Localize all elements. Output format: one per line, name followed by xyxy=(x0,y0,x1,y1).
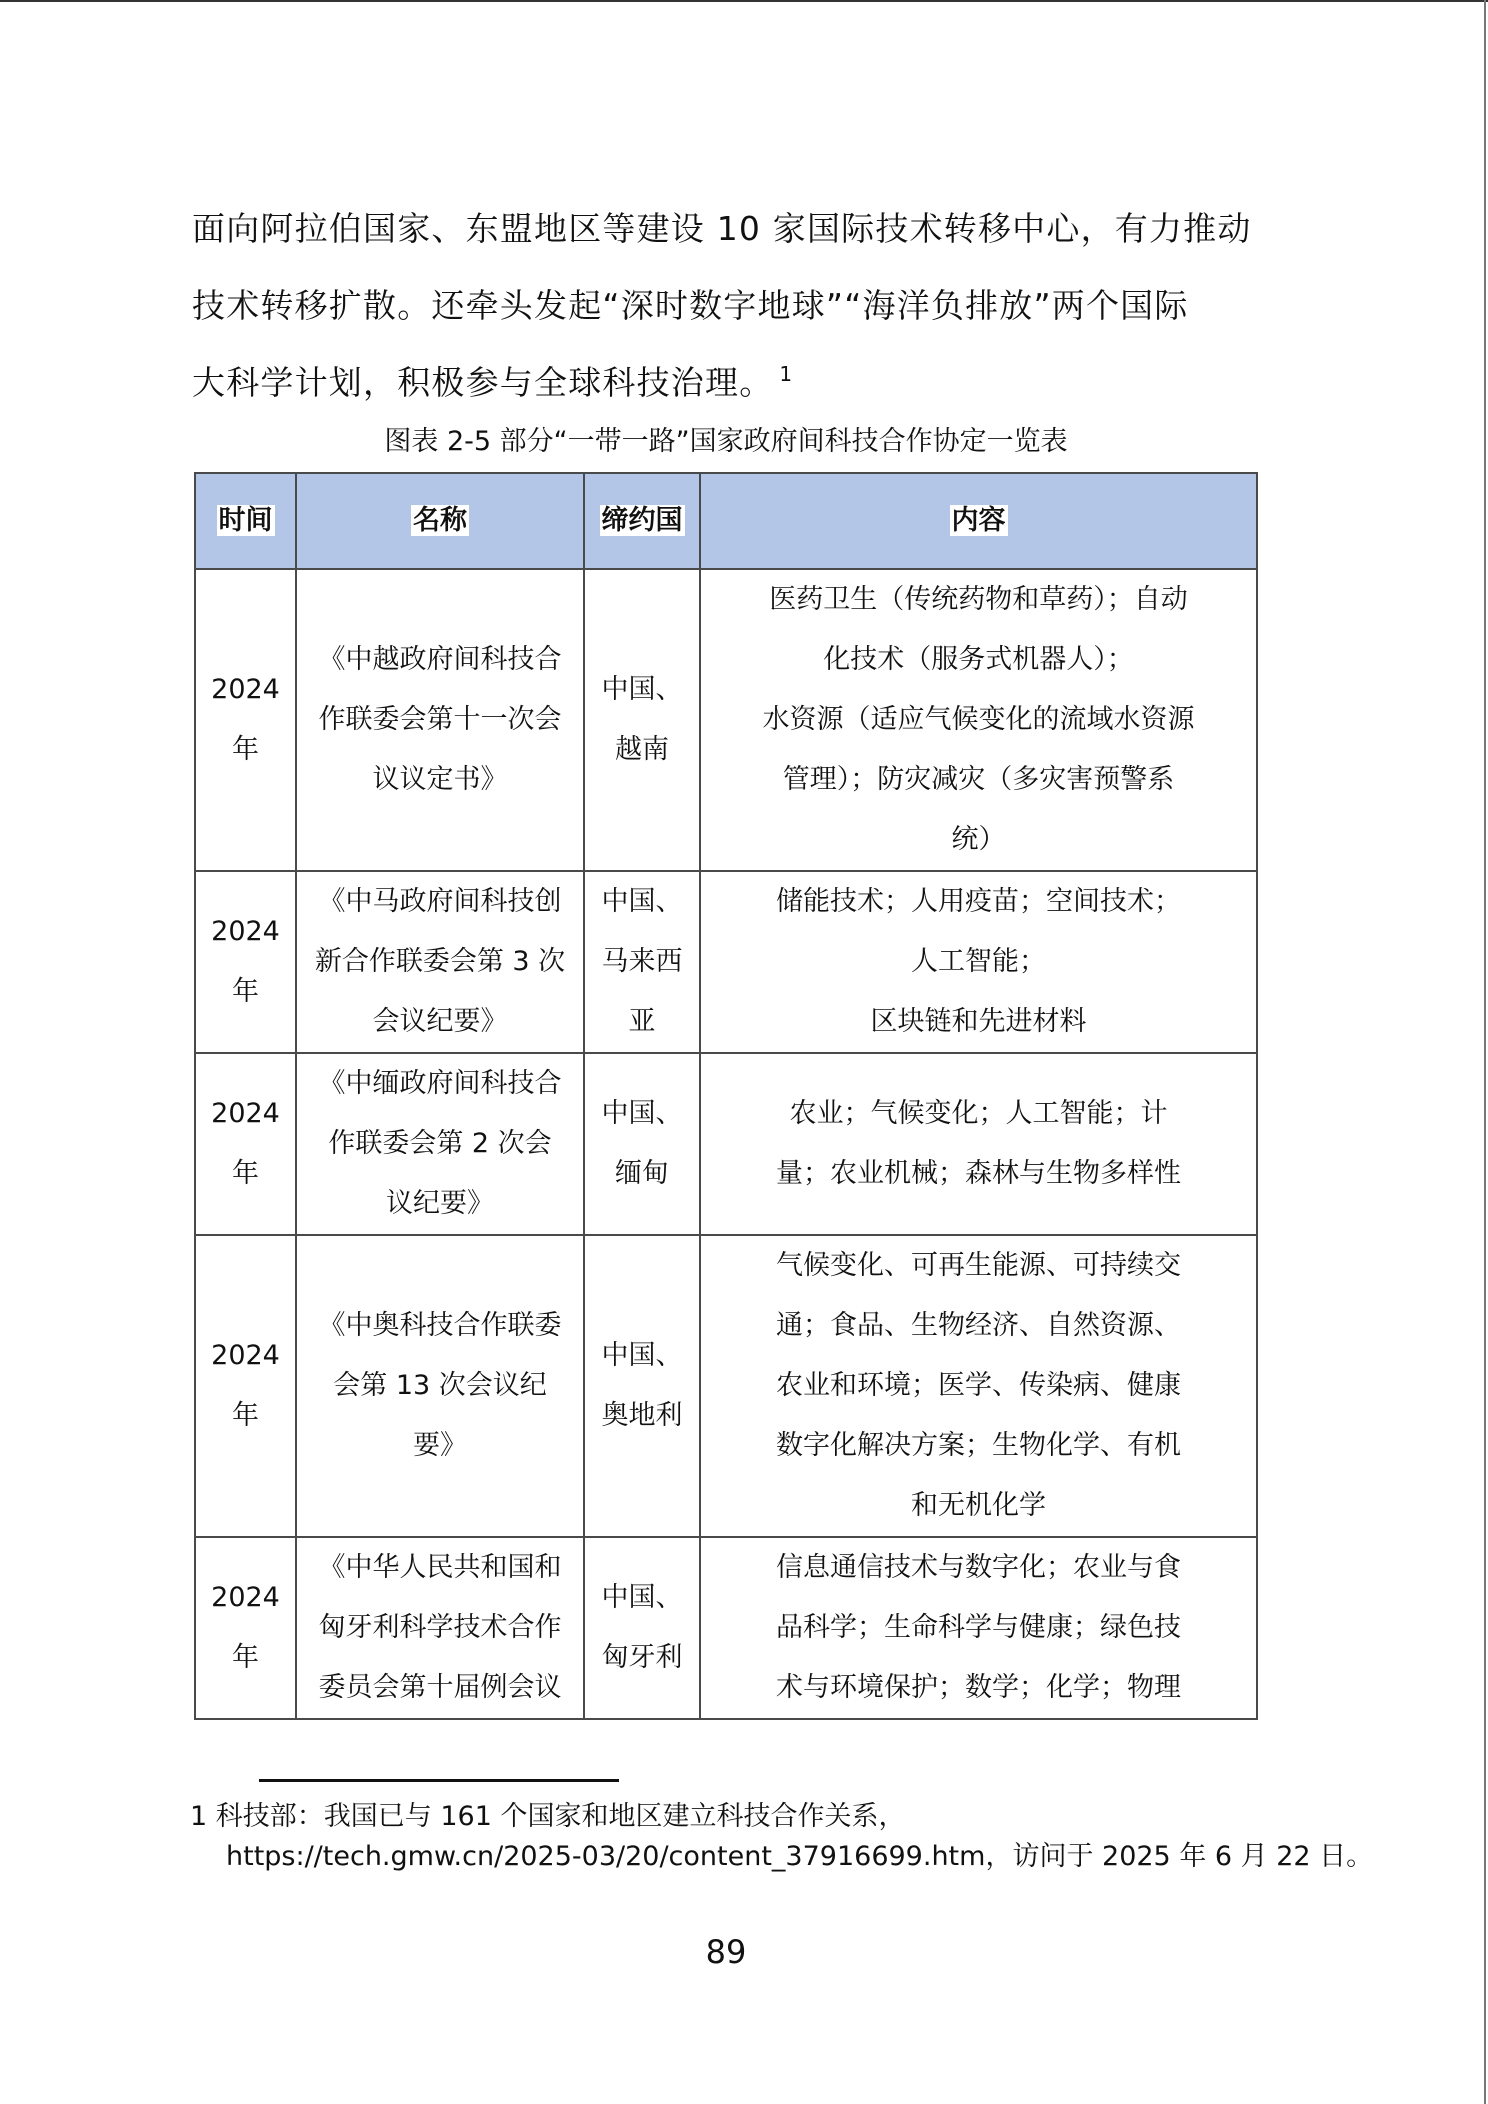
body-line: 面向阿拉伯国家、东盟地区等建设 10 家国际技术转移中心，有力推动 xyxy=(192,190,1267,267)
body-line: 大科学计划，积极参与全球科技治理。1 xyxy=(192,344,1267,421)
name-cell: 《中缅政府间科技合 作联委会第 2 次会 议纪要》 xyxy=(296,1053,584,1235)
name-cell: 《中越政府间科技合 作联委会第十一次会 议议定书》 xyxy=(296,569,584,871)
table-caption: 图表 2-5 部分“一带一路”国家政府间科技合作协定一览表 xyxy=(194,422,1258,462)
content-cell: 气候变化、可再生能源、可持续交 通；食品、生物经济、自然资源、 农业和环境；医学… xyxy=(700,1235,1257,1537)
header-country: 缔约国 xyxy=(584,473,700,569)
header-name: 名称 xyxy=(296,473,584,569)
table-row: 2024年 《中华人民共和国和 匈牙利科学技术合作 委员会第十届例会议 中国、 … xyxy=(195,1537,1257,1719)
country-cell: 中国、 匈牙利 xyxy=(584,1537,700,1719)
table-row: 2024年 《中缅政府间科技合 作联委会第 2 次会 议纪要》 中国、 缅甸 农… xyxy=(195,1053,1257,1235)
table-header-row: 时间 名称 缔约国 内容 xyxy=(195,473,1257,569)
footnote-number: 1 xyxy=(190,1801,207,1832)
page-number: 89 xyxy=(0,1932,1452,1972)
page-right-border xyxy=(1484,0,1486,2104)
time-cell: 2024年 xyxy=(195,871,296,1053)
table-row: 2024年 《中越政府间科技合 作联委会第十一次会 议议定书》 中国、 越南 医… xyxy=(195,569,1257,871)
name-cell: 《中马政府间科技创 新合作联委会第 3 次 会议纪要》 xyxy=(296,871,584,1053)
country-cell: 中国、 奥地利 xyxy=(584,1235,700,1537)
body-line: 技术转移扩散。还牵头发起“深时数字地球”“海洋负排放”两个国际 xyxy=(192,267,1267,344)
name-cell: 《中奥科技合作联委 会第 13 次会议纪 要》 xyxy=(296,1235,584,1537)
name-cell: 《中华人民共和国和 匈牙利科学技术合作 委员会第十届例会议 xyxy=(296,1537,584,1719)
footnote-source-link[interactable]: https://tech.gmw.cn/2025-03/20/content_3… xyxy=(190,1837,1290,1877)
header-content: 内容 xyxy=(700,473,1257,569)
content-cell: 医药卫生（传统药物和草药）；自动 化技术（服务式机器人）； 水资源（适应气候变化… xyxy=(700,569,1257,871)
time-cell: 2024年 xyxy=(195,1537,296,1719)
country-cell: 中国、 缅甸 xyxy=(584,1053,700,1235)
table-row: 2024年 《中奥科技合作联委 会第 13 次会议纪 要》 中国、 奥地利 气候… xyxy=(195,1235,1257,1537)
content-cell: 农业；气候变化；人工智能；计 量；农业机械；森林与生物多样性 xyxy=(700,1053,1257,1235)
content-cell: 储能技术；人用疫苗；空间技术； 人工智能； 区块链和先进材料 xyxy=(700,871,1257,1053)
table-row: 2024年 《中马政府间科技创 新合作联委会第 3 次 会议纪要》 中国、 马来… xyxy=(195,871,1257,1053)
footnote-reference[interactable]: 1 xyxy=(779,362,793,386)
agreements-table: 时间 名称 缔约国 内容 2024年 《中越政府间科技合 作联委会第十一次会 议… xyxy=(194,472,1258,1720)
header-time: 时间 xyxy=(195,473,296,569)
time-cell: 2024年 xyxy=(195,569,296,871)
body-line-text: 大科学计划，积极参与全球科技治理。 xyxy=(192,363,773,402)
country-cell: 中国、 马来西 亚 xyxy=(584,871,700,1053)
page-top-border xyxy=(0,0,1488,2)
footnote-separator xyxy=(259,1779,619,1782)
content-cell: 信息通信技术与数字化；农业与食 品科学；生命科学与健康；绿色技 术与环境保护；数… xyxy=(700,1537,1257,1719)
time-cell: 2024年 xyxy=(195,1235,296,1537)
body-paragraph: 面向阿拉伯国家、东盟地区等建设 10 家国际技术转移中心，有力推动 技术转移扩散… xyxy=(192,190,1267,421)
footnote: 1 科技部：我国已与 161 个国家和地区建立科技合作关系， https://t… xyxy=(190,1797,1290,1877)
footnote-text: 科技部：我国已与 161 个国家和地区建立科技合作关系， xyxy=(216,1801,906,1832)
time-cell: 2024年 xyxy=(195,1053,296,1235)
country-cell: 中国、 越南 xyxy=(584,569,700,871)
